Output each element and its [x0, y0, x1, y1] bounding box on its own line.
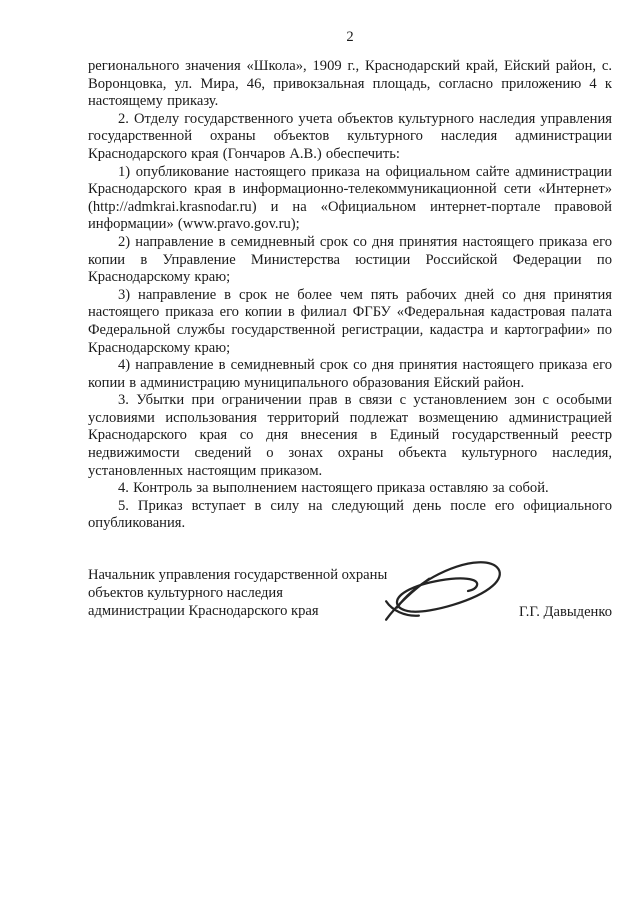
signatory-title-line: объектов культурного наследия — [88, 584, 428, 602]
paragraph-subitem-2: 2) направление в семидневный срок со дня… — [88, 234, 612, 287]
paragraph-item-4: 4. Контроль за выполнением настоящего пр… — [88, 480, 612, 498]
signatory-title: Начальник управления государственной охр… — [88, 566, 428, 620]
paragraph-subitem-1: 1) опубликование настоящего приказа на о… — [88, 164, 612, 234]
paragraph-subitem-3: 3) направление в срок не более чем пять … — [88, 287, 612, 357]
signature-icon — [382, 554, 510, 626]
page-number: 2 — [88, 29, 612, 45]
signatory-name: Г.Г. Давыденко — [519, 603, 612, 621]
paragraph-item-5: 5. Приказ вступает в силу на следующий д… — [88, 498, 612, 533]
paragraph-item-2: 2. Отделу государственного учета объекто… — [88, 111, 612, 164]
signature-block: Начальник управления государственной охр… — [88, 566, 612, 620]
paragraph-continuation: регионального значения «Школа», 1909 г.,… — [88, 58, 612, 111]
document-body: регионального значения «Школа», 1909 г.,… — [88, 58, 612, 533]
signatory-title-line: Начальник управления государственной охр… — [88, 566, 428, 584]
paragraph-item-3: 3. Убытки при ограничении прав в связи с… — [88, 392, 612, 480]
signatory-title-line: администрации Краснодарского края — [88, 602, 428, 620]
paragraph-subitem-4: 4) направление в семидневный срок со дня… — [88, 357, 612, 392]
document-page: 2 регионального значения «Школа», 1909 г… — [0, 0, 640, 905]
